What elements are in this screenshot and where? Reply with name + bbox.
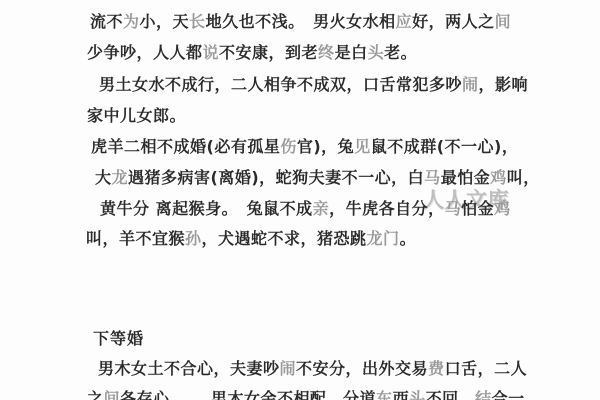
text-segment: ，影响 bbox=[479, 75, 529, 94]
text-segment: 不回， bbox=[426, 389, 476, 400]
text-segment: 叫， bbox=[507, 168, 540, 187]
text-segment-light: 间 bbox=[495, 12, 512, 31]
text-segment: 合一 bbox=[492, 389, 525, 400]
text-segment-light: 马 bbox=[424, 168, 441, 187]
text-segment: 不安康，到老 bbox=[219, 43, 318, 62]
text-segment-light: 为 bbox=[123, 12, 140, 31]
text-segment-light: 见 bbox=[354, 137, 371, 156]
text-segment: 鼠不成群(不一心)， bbox=[371, 137, 519, 156]
text-segment-light: 龙门 bbox=[367, 229, 400, 248]
text-segment: 最怕金 bbox=[441, 168, 491, 187]
text-segment-light: 鸡 bbox=[490, 168, 507, 187]
text-segment-light: 说 bbox=[203, 43, 220, 62]
text-segment-light: 闹 bbox=[462, 75, 479, 94]
text-segment: 之 bbox=[87, 389, 104, 400]
text-segment-light: 头 bbox=[409, 389, 426, 400]
text-line: 流不为小，天长地久也不浅。 男火女水相应好，两人之间 bbox=[90, 13, 511, 30]
text-segment-light: 孙 bbox=[185, 229, 202, 248]
text-segment: 虎羊二相不成婚(必有孤星 bbox=[91, 137, 280, 156]
text-segment: 小，天 bbox=[140, 12, 190, 31]
text-segment: 下等婚 bbox=[93, 329, 144, 348]
text-segment: 口舌，二人 bbox=[445, 359, 528, 378]
text-segment: 好，两人之 bbox=[412, 12, 495, 31]
text-line: 虎羊二相不成婚(必有孤星伤官)，兔见鼠不成群(不一心)， bbox=[91, 138, 518, 155]
text-segment-light: 费 bbox=[428, 359, 445, 378]
text-segment: 西 bbox=[393, 389, 410, 400]
text-segment: ，牛虎各自分， bbox=[329, 199, 445, 218]
text-segment-light: 终 bbox=[318, 43, 335, 62]
text-segment: ，犬遇蛇不求，猪恐跳 bbox=[202, 229, 367, 248]
text-line: 男木女土不合心，夫妻吵闹不安分，出外交易费口舌，二人 bbox=[98, 360, 527, 377]
text-line: 叫，羊不宜猴孙，犬遇蛇不求，猪恐跳龙门。 bbox=[86, 230, 416, 247]
text-line: 少争吵，人人都说不安康，到老终是白头老。 bbox=[87, 44, 417, 61]
text-segment-light: 长 bbox=[189, 12, 206, 31]
text-segment: 各存心。 男木女金不相配，分道 bbox=[120, 389, 376, 400]
text-segment-light: 亲 bbox=[313, 199, 330, 218]
text-segment-light: 马 bbox=[445, 199, 462, 218]
text-segment-light: 东 bbox=[376, 389, 393, 400]
text-segment: 地久也不浅。 男火女水相 bbox=[206, 12, 396, 31]
text-segment: 老。 bbox=[384, 43, 417, 62]
text-line: 男土女水不成行，二人相争不成双，口舌常犯多吵闹，影响 bbox=[99, 76, 528, 93]
text-segment-light: 鸡 bbox=[494, 199, 511, 218]
section-heading: 下等婚 bbox=[93, 330, 144, 347]
text-segment: 家中儿女郎。 bbox=[87, 106, 186, 125]
text-line: 黄牛分 离起猴身。 兔鼠不成亲，牛虎各自分，马怕金鸡 bbox=[100, 200, 511, 217]
text-segment: 大 bbox=[95, 168, 112, 187]
text-segment: 流不 bbox=[90, 12, 123, 31]
text-segment: 男木女土不合心，夫妻吵 bbox=[98, 359, 280, 378]
document-text: 流不为小，天长地久也不浅。 男火女水相应好，两人之间少争吵，人人都说不安康，到老… bbox=[0, 0, 600, 400]
text-segment-light: 龙 bbox=[112, 168, 129, 187]
text-segment-light: 闹 bbox=[280, 359, 297, 378]
text-segment-light: 应 bbox=[396, 12, 413, 31]
text-segment: 。 bbox=[400, 229, 417, 248]
text-segment: 男土女水不成行，二人相争不成双，口舌常犯多吵 bbox=[99, 75, 462, 94]
text-line: 大龙遇猪多病害(离婚)，蛇狗夫妻不一心，白马最怕金鸡叫， bbox=[95, 169, 540, 186]
text-segment: 少争吵，人人都 bbox=[87, 43, 203, 62]
text-line: 家中儿女郎。 bbox=[87, 107, 186, 124]
text-segment-light: 伤 bbox=[280, 137, 297, 156]
text-segment: 怕金 bbox=[461, 199, 494, 218]
text-segment: 叫，羊不宜猴 bbox=[86, 229, 185, 248]
document-page: 人人文库 流不为小，天长地久也不浅。 男火女水相应好，两人之间少争吵，人人都说不… bbox=[0, 0, 600, 400]
text-segment: 黄牛分 离起猴身。 兔鼠不成 bbox=[100, 199, 313, 218]
text-line: 之间各存心。 男木女金不相配，分道东西头不回，结合一 bbox=[87, 390, 525, 400]
text-segment-light: 结 bbox=[475, 389, 492, 400]
text-segment: 不安分，出外交易 bbox=[296, 359, 428, 378]
text-segment: 是白 bbox=[335, 43, 368, 62]
text-segment: 官)，兔 bbox=[297, 137, 354, 156]
text-segment-light: 头 bbox=[368, 43, 385, 62]
text-segment: 遇猪多病害(离婚)，蛇狗夫妻不一心，白 bbox=[128, 168, 424, 187]
text-segment-light: 间 bbox=[104, 389, 121, 400]
